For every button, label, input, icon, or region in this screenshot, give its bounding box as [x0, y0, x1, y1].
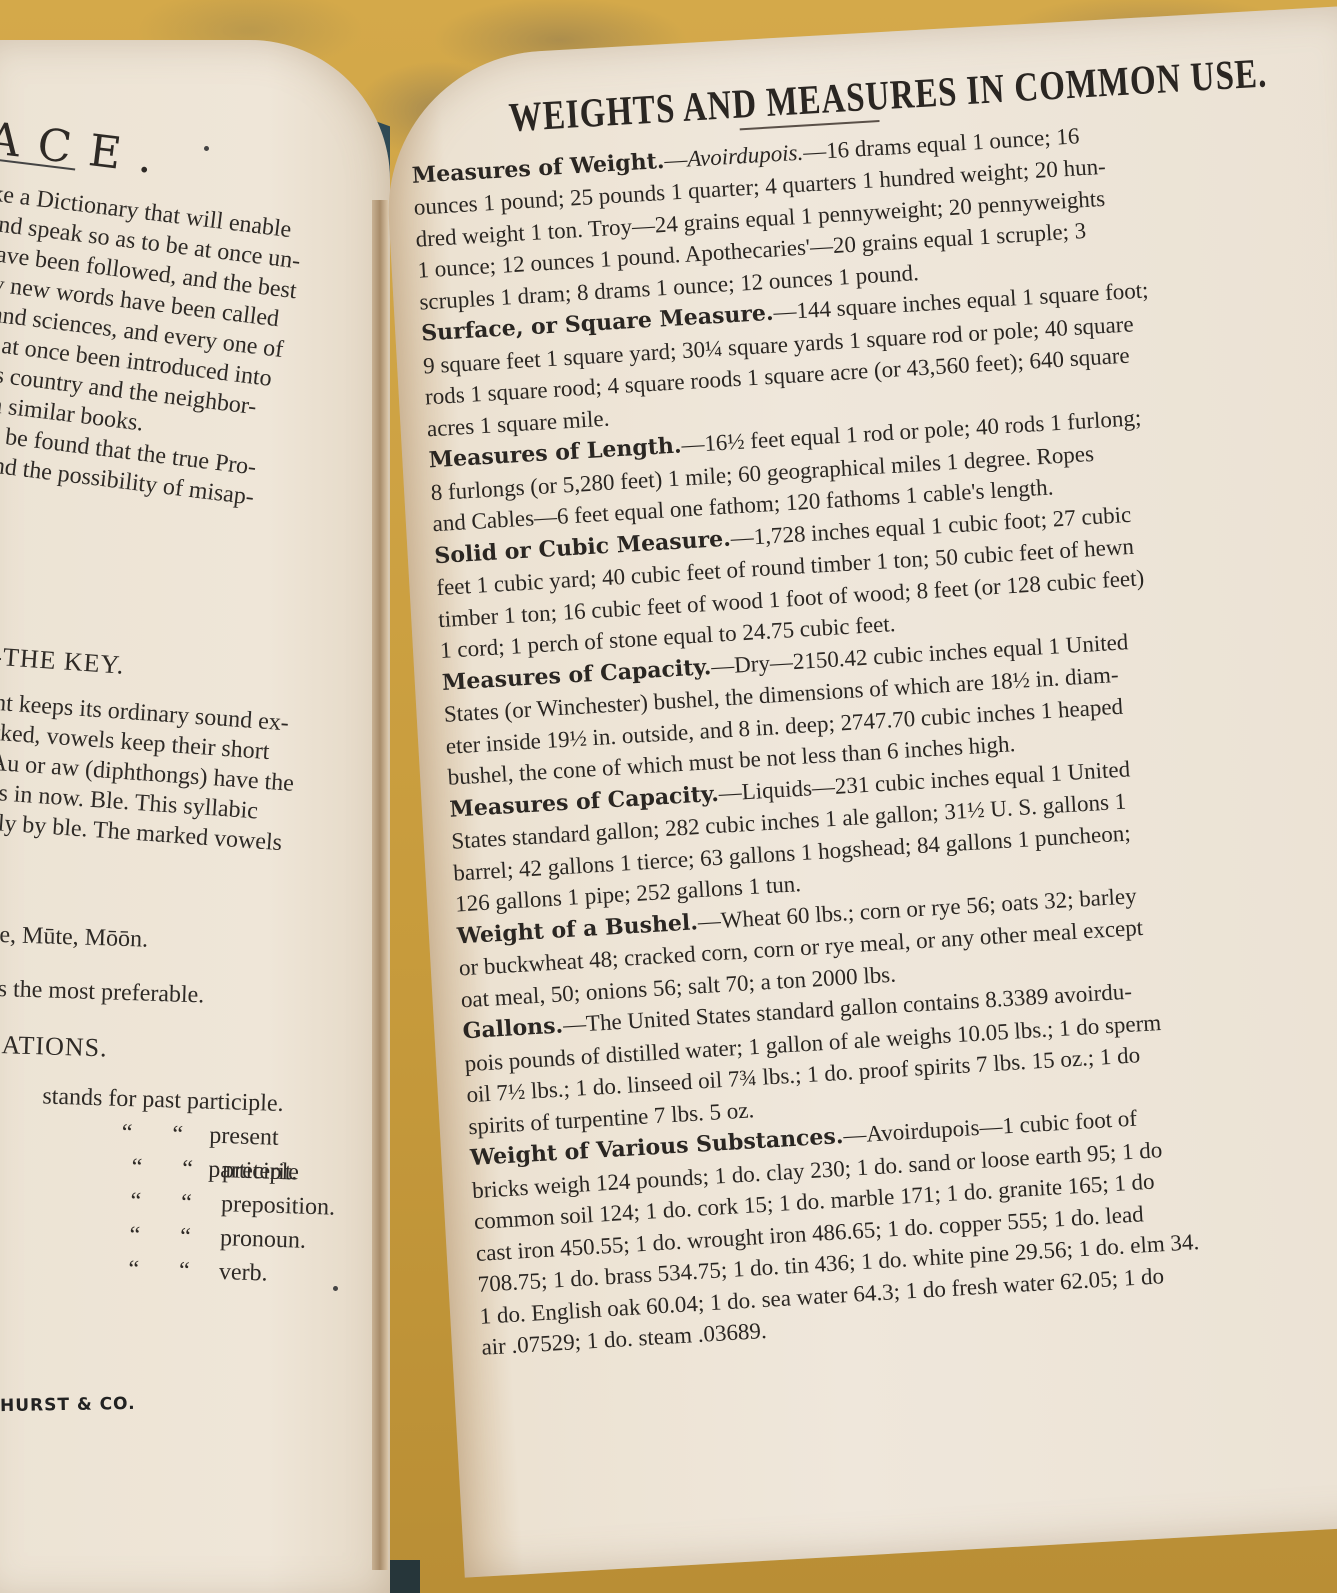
- publisher-imprint: HURST & CO.: [0, 1394, 136, 1416]
- preferable-line: s the most preferable.: [0, 972, 368, 1018]
- ink-speck: [204, 146, 209, 151]
- abbreviations-list: stands for past participle. ““ present p…: [0, 1078, 365, 1294]
- abbreviation-meaning: preterit.: [222, 1153, 298, 1189]
- left-page-key: -THE KEY. nt keeps its ordinary sound ex…: [0, 620, 369, 863]
- book-gutter: [372, 200, 388, 1570]
- left-page-preface: ACE. ke a Dictionary that will enable an…: [0, 125, 367, 521]
- ink-speck: [333, 1286, 338, 1291]
- left-page-lower: e, Mūte, Mōōn. s the most preferable. IA…: [0, 918, 370, 1293]
- abbreviation-meaning: preposition.: [221, 1187, 336, 1225]
- right-page-text: WEIGHTS AND MEASURES IN COMMON USE. Meas…: [408, 55, 1337, 1363]
- abbreviation-meaning: verb.: [218, 1255, 268, 1291]
- key-heading: -THE KEY.: [0, 642, 368, 698]
- abbreviations-heading: IATIONS.: [0, 1028, 366, 1074]
- section-heading: Gallons.: [462, 1012, 564, 1044]
- abbreviation-meaning: pronoun.: [220, 1221, 307, 1258]
